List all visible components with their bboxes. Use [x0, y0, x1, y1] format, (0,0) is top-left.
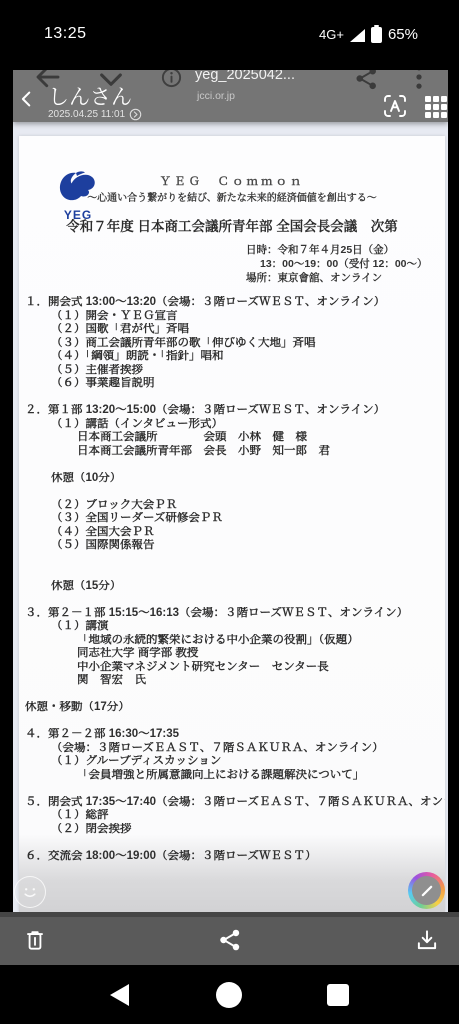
delete-button[interactable]	[22, 927, 48, 958]
nav-back-button[interactable]	[110, 984, 129, 1006]
text-line: （１）グループディスカッション	[19, 755, 445, 769]
back-chevron-icon[interactable]	[16, 88, 38, 115]
document-page: YEG ＹＥＧ Ｃｏｍｍｏｎ ～心通い合う繋がりを結び、新たな未来的経済価値を創…	[19, 136, 445, 912]
text-line: （１）講話（インタビュー形式）	[19, 418, 445, 432]
text-line: 13：00～19：00（受付 12：00～）	[246, 257, 428, 271]
doc-brand-line: ＹＥＧ Ｃｏｍｍｏｎ	[19, 173, 445, 189]
text-line: 休憩・移動（17分）	[19, 701, 445, 715]
network-type-label: 4G+	[319, 27, 344, 42]
emoji-button[interactable]	[14, 876, 46, 908]
text-line: ２．第１部 13:20～15:00（会場：３階ローズＷＥＳＴ、オンライン）	[19, 404, 445, 418]
edit-button[interactable]	[408, 872, 445, 909]
text-line: （４）全国大会ＰＲ	[19, 526, 445, 540]
text-line: （１）開会・ＹＥＧ宣言	[19, 310, 445, 324]
doc-slogan: ～心通い合う繋がりを結び、新たな未来的経済価値を創出する～	[19, 189, 445, 204]
agenda-lines: １．開会式 13:00～13:20（会場：３階ローズＷＥＳＴ、オンライン）（１）…	[19, 296, 445, 863]
doc-title: 令和７年度 日本商工会議所青年部 全国会長会議 次第	[19, 215, 445, 235]
text-line: 場所：東京會舘、オンライン	[246, 271, 428, 285]
text-line: ６．交流会 18:00～19:00（会場：３階ローズＷＥＳＴ）	[19, 850, 445, 864]
smiley-icon	[18, 880, 42, 904]
text-line: 同志社大学 商学部 教授	[19, 647, 445, 661]
text-line	[19, 836, 445, 850]
battery-icon	[371, 27, 382, 43]
text-line: 日本商工会議所青年部 会長 小野 知一郎 君	[19, 445, 445, 459]
text-line: １．開会式 13:00～13:20（会場：３階ローズＷＥＳＴ、オンライン）	[19, 296, 445, 310]
text-line: （６）事業趣旨説明	[19, 377, 445, 391]
timestamp-text: 2025.04.25 11:01	[48, 109, 125, 120]
text-line: （２）ブロック大会ＰＲ	[19, 499, 445, 513]
text-line: 日時：令和７年４月25日（金）	[246, 243, 428, 257]
text-line	[19, 593, 445, 607]
share-icon	[217, 927, 243, 953]
text-line: （会場：３階ローズＥＡＳＴ、７階ＳＡＫＵＲＡ、オンライン）	[19, 742, 445, 756]
text-line	[19, 458, 445, 472]
status-bar: 13:25 4G+ 65%	[0, 0, 459, 70]
text-line: （５）主催者挨拶	[19, 364, 445, 378]
text-line	[19, 485, 445, 499]
text-line: ５．閉会式 17:35～17:40（会場：３階ローズＥＡＳＴ、７階ＳＡＫＵＲＡ、…	[19, 796, 445, 810]
text-line	[19, 391, 445, 405]
text-line: （１）講演	[19, 620, 445, 634]
text-line: （３）全国リーダーズ研修会ＰＲ	[19, 512, 445, 526]
text-line	[19, 566, 445, 580]
file-source-label: jcci.or.jp	[197, 90, 235, 102]
download-button[interactable]	[414, 927, 440, 958]
text-line	[19, 715, 445, 729]
photo-view[interactable]: YEG ＹＥＧ Ｃｏｍｍｏｎ ～心通い合う繋がりを結び、新たな未来的経済価値を創…	[13, 122, 448, 912]
clock: 13:25	[44, 25, 87, 43]
phone-screen: 13:25 4G+ 65% yeg_2025042... jcci.or.jp	[0, 0, 459, 1024]
embedded-share-icon	[353, 70, 380, 97]
sender-name: しんさん	[48, 81, 132, 111]
text-line: （３）商工会議所青年部の歌「伸びゆく大地」斉唱	[19, 337, 445, 351]
bottom-toolbar	[0, 912, 459, 965]
text-line: （５）国際関係報告	[19, 539, 445, 553]
status-indicators: 4G+ 65%	[319, 25, 418, 43]
text-scan-button[interactable]	[381, 92, 409, 122]
text-line	[19, 782, 445, 796]
edit-button-inner	[412, 876, 441, 905]
signal-strength-icon	[350, 29, 365, 42]
text-line: （２）国歌「君が代」斉唱	[19, 323, 445, 337]
expand-circle-arrow-icon[interactable]	[129, 108, 142, 121]
text-line: ３．第２－１部 15:15～16:13（会場：３階ローズＷＥＳＴ、オンライン）	[19, 607, 445, 621]
text-line: 「会員増強と所属意識向上における課題解決について」	[19, 769, 445, 783]
text-line: 休憩（10分）	[19, 472, 445, 486]
text-line: ４．第２－２部 16:30～17:35	[19, 728, 445, 742]
text-line: 「地域の永続的繁栄における中小企業の役割」（仮題）	[19, 634, 445, 648]
text-line: 関 智宏 氏	[19, 674, 445, 688]
nav-recents-button[interactable]	[327, 984, 349, 1006]
text-line: 休憩（15分）	[19, 580, 445, 594]
text-line	[19, 553, 445, 567]
text-line: 中小企業マネジメント研究センター センター長	[19, 661, 445, 675]
download-icon	[414, 927, 440, 953]
trash-icon	[22, 927, 48, 953]
text-line: （１）総評	[19, 809, 445, 823]
doc-meta: 日時：令和７年４月25日（金）13：00～19：00（受付 12：00～）場所：…	[246, 243, 428, 285]
text-line: （４）「綱領」朗読・「指針」唱和	[19, 350, 445, 364]
file-name-label: yeg_2025042...	[195, 70, 295, 83]
text-line: 日本商工会議所 会頭 小林 健 様	[19, 431, 445, 445]
message-timestamp: 2025.04.25 11:01	[48, 108, 142, 121]
pencil-icon	[418, 882, 436, 900]
text-line	[19, 688, 445, 702]
share-button[interactable]	[217, 927, 243, 958]
text-line: （２）閉会挨拶	[19, 823, 445, 837]
nav-home-button[interactable]	[216, 982, 242, 1008]
embedded-info-icon	[160, 70, 183, 94]
grid-view-button[interactable]	[423, 94, 448, 122]
battery-percent: 65%	[388, 26, 418, 43]
viewer-header: yeg_2025042... jcci.or.jp しんさん 2025.04.2…	[13, 70, 448, 122]
